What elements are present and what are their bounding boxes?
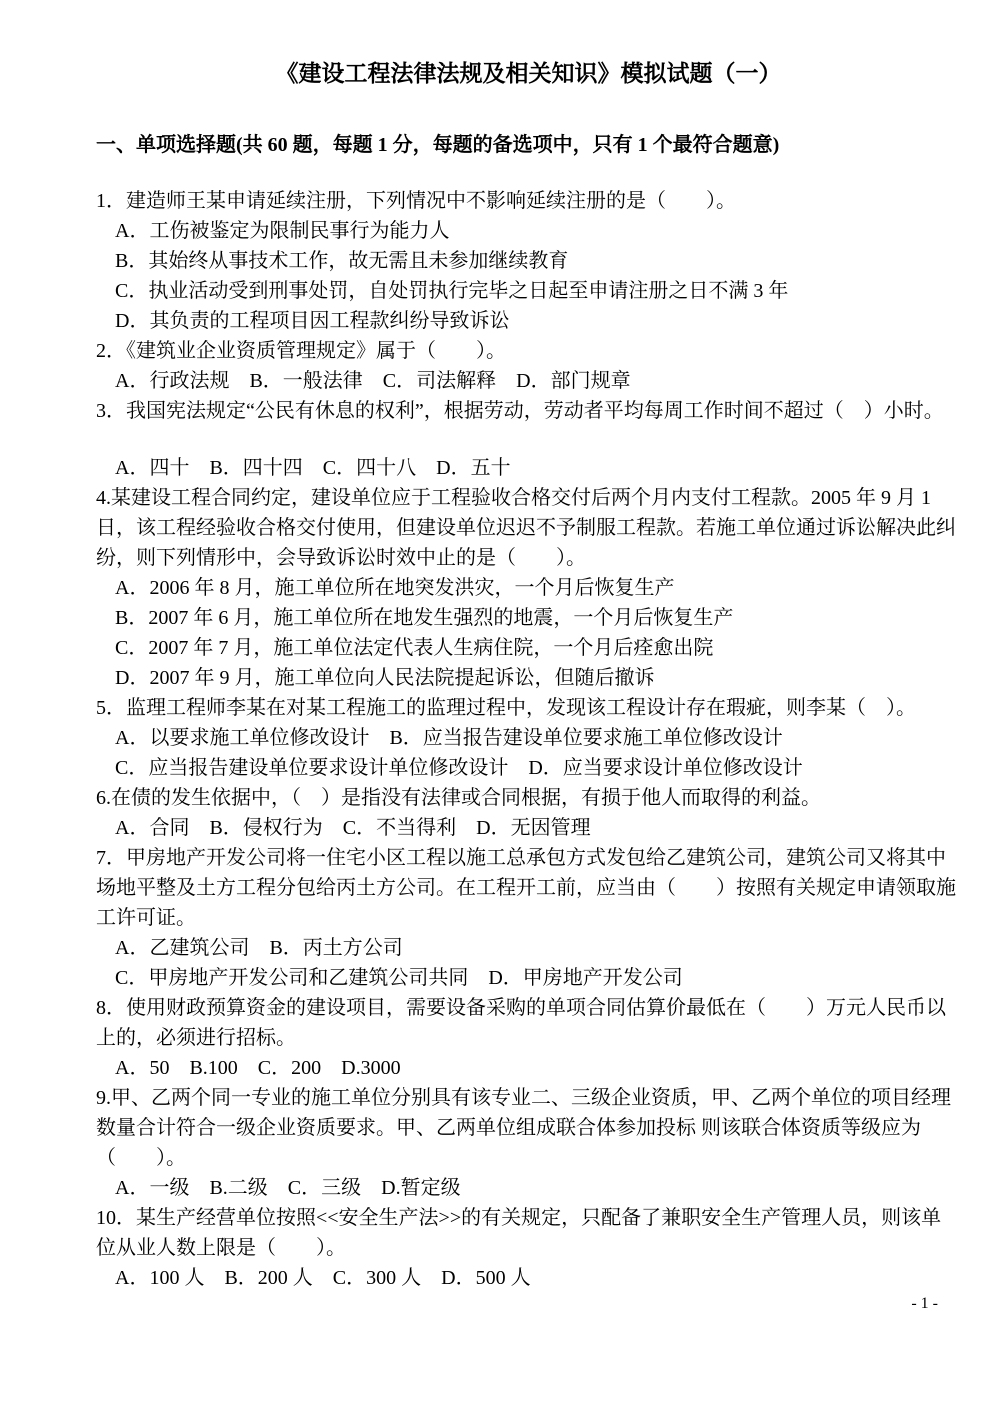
option-line: C．执业活动受到刑事处罚，自处罚执行完毕之日起至申请注册之日不满 3 年 [96, 276, 961, 306]
option-line: A．工伤被鉴定为限制民事行为能力人 [96, 216, 961, 246]
question-block: 3．我国宪法规定“公民有休息的权利”，根据劳动，劳动者平均每周工作时间不超过（ … [96, 396, 961, 483]
blank-line [96, 426, 961, 453]
option-line: B．其始终从事技术工作，故无需且未参加继续教育 [96, 246, 961, 276]
question-stem: 5．监理工程师李某在对某工程施工的监理过程中，发现该工程设计存在瑕疵，则李某（ … [96, 693, 961, 723]
option-line: A．四十 B．四十四 C．四十八 D．五十 [96, 453, 961, 483]
question-stem: 3．我国宪法规定“公民有休息的权利”，根据劳动，劳动者平均每周工作时间不超过（ … [96, 396, 961, 426]
option-line: A．合同 B．侵权行为 C．不当得利 D．无因管理 [96, 813, 961, 843]
option-line: C．2007 年 7 月，施工单位法定代表人生病住院，一个月后痊愈出院 [96, 633, 961, 663]
option-line: C．应当报告建设单位要求设计单位修改设计 D．应当要求设计单位修改设计 [96, 753, 961, 783]
question-block: 4.某建设工程合同约定，建设单位应于工程验收合格交付后两个月内支付工程款。200… [96, 483, 961, 693]
option-line: A．行政法规 B．一般法律 C．司法解释 D．部门规章 [96, 366, 961, 396]
option-line: A．50 B.100 C．200 D.3000 [96, 1053, 961, 1083]
question-block: 5．监理工程师李某在对某工程施工的监理过程中，发现该工程设计存在瑕疵，则李某（ … [96, 693, 961, 783]
question-stem: 10．某生产经营单位按照<<安全生产法>>的有关规定，只配备了兼职安全生产管理人… [96, 1203, 961, 1263]
question-stem: 7．甲房地产开发公司将一住宅小区工程以施工总承包方式发包给乙建筑公司，建筑公司又… [96, 843, 961, 933]
question-stem: 9.甲、乙两个同一专业的施工单位分别具有该专业二、三级企业资质，甲、乙两个单位的… [96, 1083, 961, 1173]
option-line: D．2007 年 9 月，施工单位向人民法院提起诉讼，但随后撤诉 [96, 663, 961, 693]
document-title: 《建设工程法律法规及相关知识》模拟试题（一） [96, 56, 961, 92]
option-line: D．其负责的工程项目因工程款纠纷导致诉讼 [96, 306, 961, 336]
section-heading: 一、单项选择题(共 60 题，每题 1 分，每题的备选项中，只有 1 个最符合题… [96, 130, 961, 160]
question-block: 7．甲房地产开发公司将一住宅小区工程以施工总承包方式发包给乙建筑公司，建筑公司又… [96, 843, 961, 993]
question-stem: 6.在债的发生依据中，（ ）是指没有法律或合同根据，有损于他人而取得的利益。 [96, 783, 961, 813]
question-block: 10．某生产经营单位按照<<安全生产法>>的有关规定，只配备了兼职安全生产管理人… [96, 1203, 961, 1293]
question-list: 1．建造师王某申请延续注册，下列情况中不影响延续注册的是（ ）。A．工伤被鉴定为… [96, 186, 961, 1293]
page-number: - 1 - [911, 1294, 938, 1314]
page-content: 《建设工程法律法规及相关知识》模拟试题（一） 一、单项选择题(共 60 题，每题… [0, 0, 993, 1293]
question-block: 1．建造师王某申请延续注册，下列情况中不影响延续注册的是（ ）。A．工伤被鉴定为… [96, 186, 961, 336]
option-line: A．100 人 B．200 人 C．300 人 D．500 人 [96, 1263, 961, 1293]
option-line: A．以要求施工单位修改设计 B．应当报告建设单位要求施工单位修改设计 [96, 723, 961, 753]
question-stem: 8．使用财政预算资金的建设项目，需要设备采购的单项合同估算价最低在（ ）万元人民… [96, 993, 961, 1053]
question-stem: 1．建造师王某申请延续注册，下列情况中不影响延续注册的是（ ）。 [96, 186, 961, 216]
option-line: C．甲房地产开发公司和乙建筑公司共同 D．甲房地产开发公司 [96, 963, 961, 993]
option-line: A．一级 B.二级 C．三级 D.暂定级 [96, 1173, 961, 1203]
option-line: B．2007 年 6 月，施工单位所在地发生强烈的地震，一个月后恢复生产 [96, 603, 961, 633]
option-line: A．2006 年 8 月，施工单位所在地突发洪灾，一个月后恢复生产 [96, 573, 961, 603]
question-block: 9.甲、乙两个同一专业的施工单位分别具有该专业二、三级企业资质，甲、乙两个单位的… [96, 1083, 961, 1203]
question-stem: 4.某建设工程合同约定，建设单位应于工程验收合格交付后两个月内支付工程款。200… [96, 483, 961, 573]
question-block: 6.在债的发生依据中，（ ）是指没有法律或合同根据，有损于他人而取得的利益。A．… [96, 783, 961, 843]
question-block: 8．使用财政预算资金的建设项目，需要设备采购的单项合同估算价最低在（ ）万元人民… [96, 993, 961, 1083]
question-block: 2．《建筑业企业资质管理规定》属于（ ）。A．行政法规 B．一般法律 C．司法解… [96, 336, 961, 396]
option-line: A．乙建筑公司 B．丙土方公司 [96, 933, 961, 963]
question-stem: 2．《建筑业企业资质管理规定》属于（ ）。 [96, 336, 961, 366]
exam-document-page: 《建设工程法律法规及相关知识》模拟试题（一） 一、单项选择题(共 60 题，每题… [0, 0, 993, 1404]
